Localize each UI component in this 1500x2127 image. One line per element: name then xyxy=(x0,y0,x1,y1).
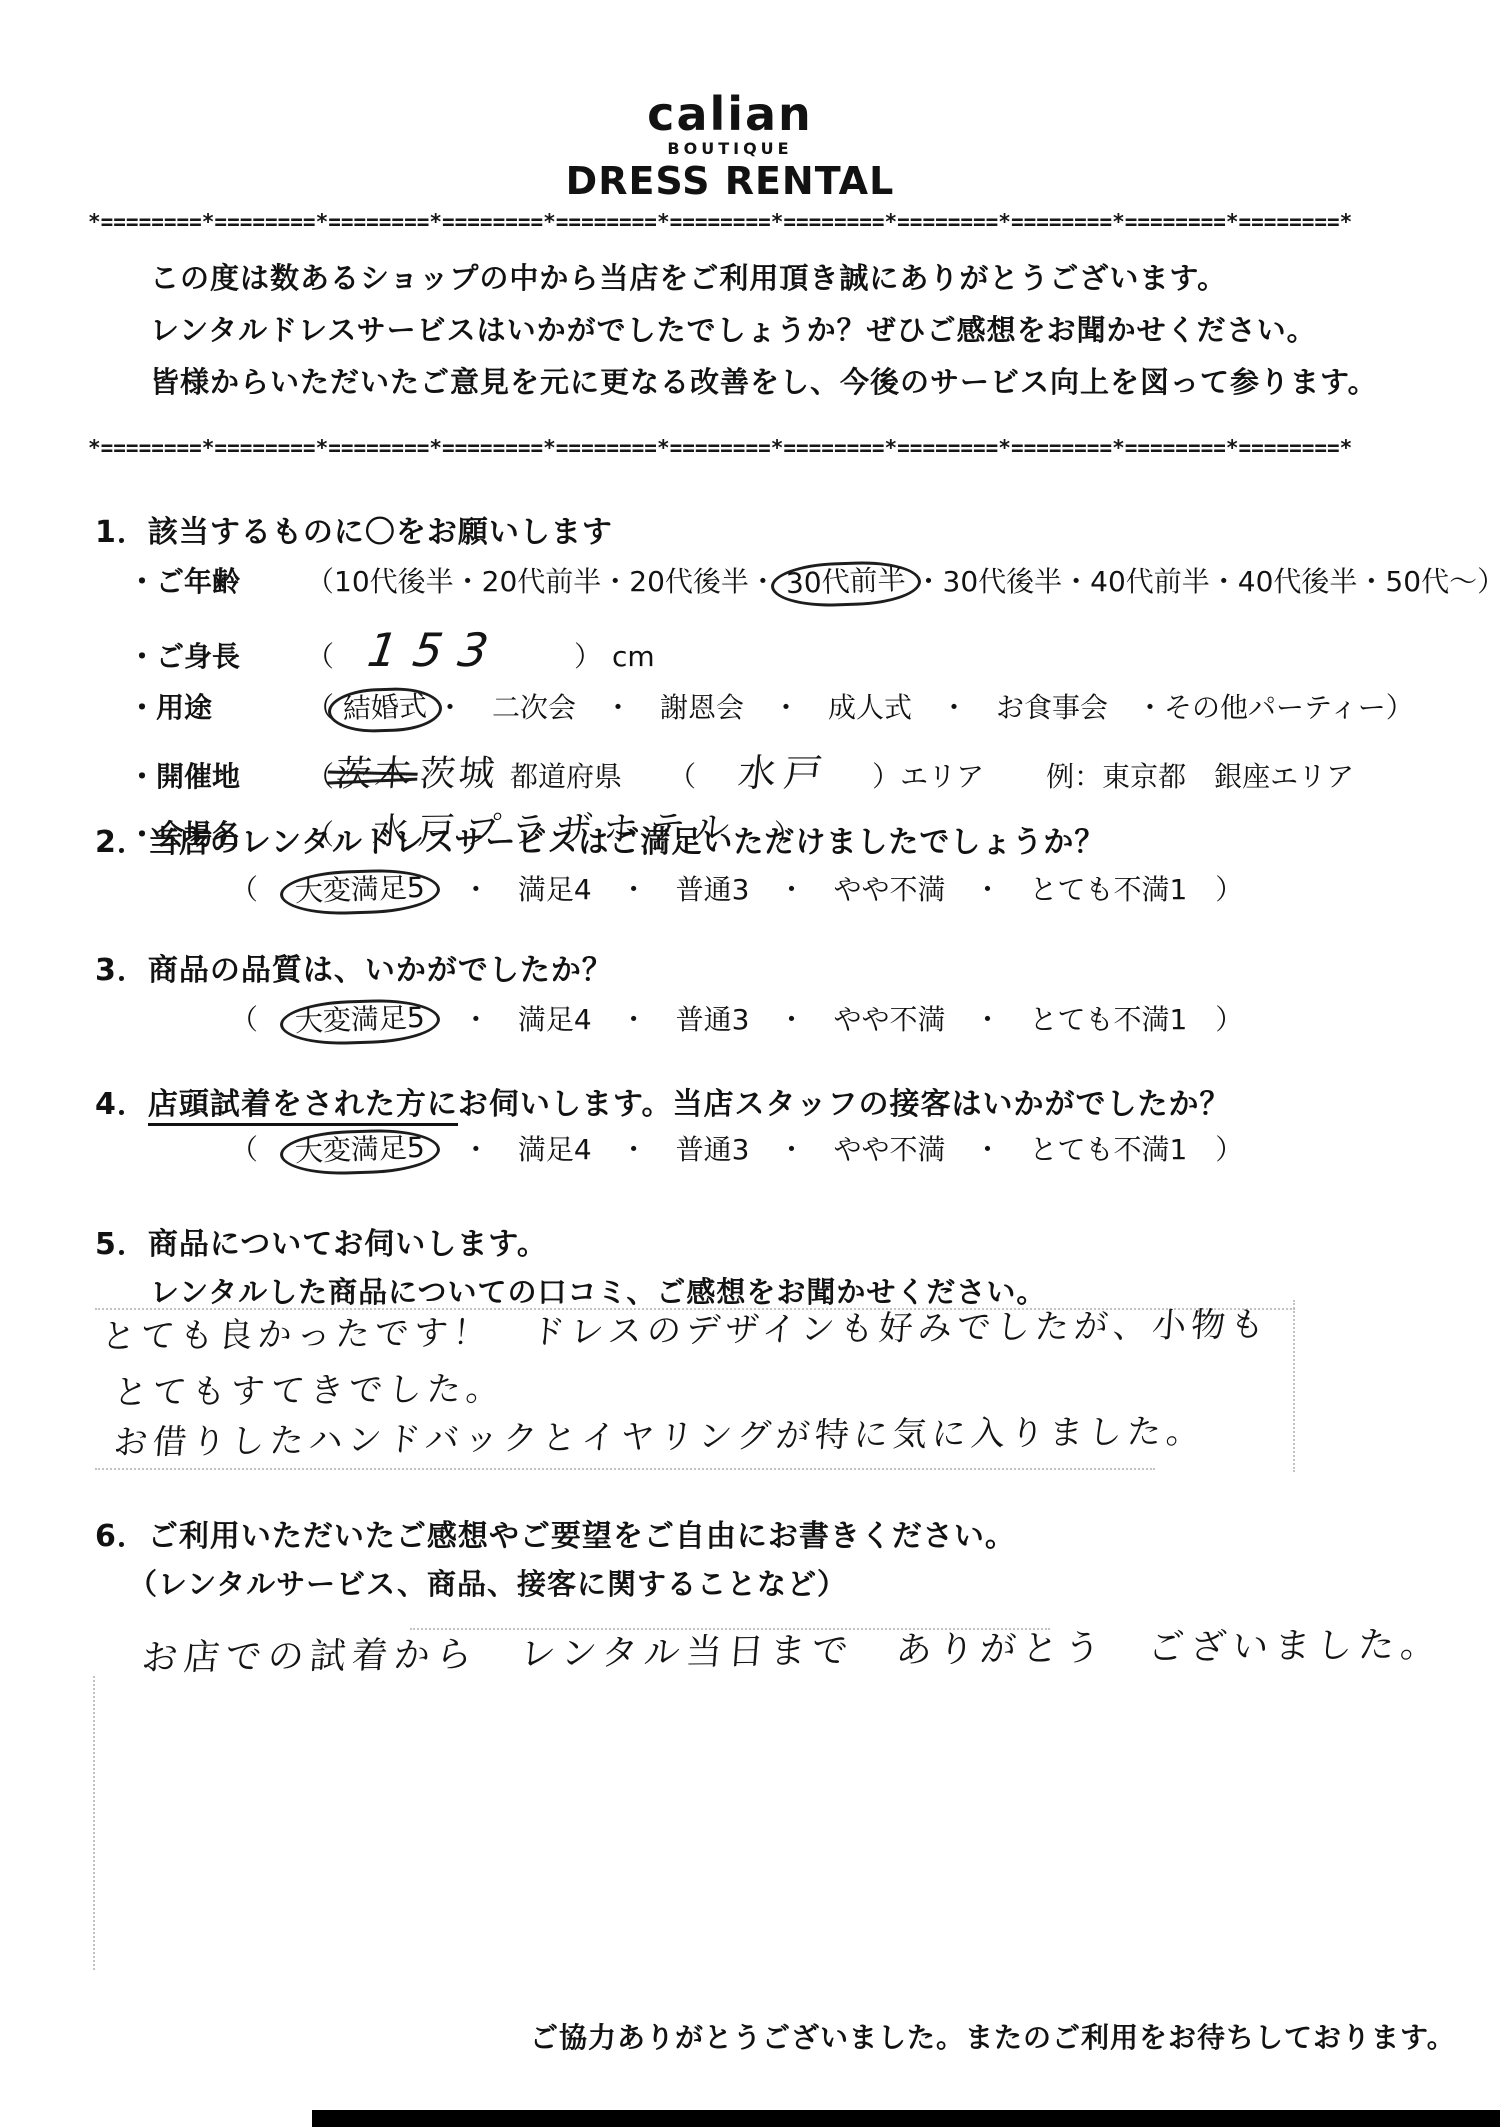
intro-line-3: 皆様からいただいたご意見を元に更なる改善をし、今後のサービス向上を図って参ります… xyxy=(150,366,1378,399)
q1-venue-area-pref-suffix: 都道府県 xyxy=(510,760,622,793)
q5-handwritten-line-3: お借りしたハンドバックとイヤリングが特に気に入りました。 xyxy=(112,1413,1207,1464)
q1-venue-area-open-paren-2: （ xyxy=(668,760,696,793)
q2-heading: 2．当店のレンタルドレスサービスはご満足いただけましたでしょうか？ xyxy=(95,826,1105,861)
q2-options-row: （ 大変満足5 ・ 満足4 ・ 普通3 ・ やや不満 ・ とても不満1 ） xyxy=(230,874,1243,908)
q1-venue-area-close-area: ）エリア xyxy=(872,760,984,793)
q6-heading: 6．ご利用いただいたご感想やご要望をご自由にお書きください。 xyxy=(95,1520,1016,1555)
q5-heading: 5．商品についてお伺いします。 xyxy=(95,1228,548,1263)
q5-handwritten-line-2: とてもすてきでした。 xyxy=(112,1370,506,1413)
q1-age-options-post: ・30代後半・40代前半・40代後半・50代～） xyxy=(915,565,1500,598)
q1-venue-area-handwritten-city: 水戸 xyxy=(694,752,875,796)
q1-venue-area-example: 例：東京都 銀座エリア xyxy=(1046,760,1354,793)
q3-circled-answer: 大変満足5 xyxy=(279,997,440,1047)
q5-subheading: レンタルした商品についての口コミ、ご感想をお聞かせください。 xyxy=(150,1276,1046,1309)
q4-options-row: （ 大変満足5 ・ 満足4 ・ 普通3 ・ やや不満 ・ とても不満1 ） xyxy=(230,1134,1243,1168)
scan-edge-artifact xyxy=(312,2110,1500,2127)
brand-subtitle-row: BOUTIQUE xyxy=(0,140,1460,158)
q1-venue-area-struck-text: 茨木 xyxy=(334,753,415,795)
separator-top: *========*========*========*========*===… xyxy=(88,210,1390,234)
q1-height-unit: cm xyxy=(612,640,655,673)
q3-open-paren: （ xyxy=(230,1003,286,1036)
q6-note: （レンタルサービス、商品、接客に関することなど） xyxy=(128,1568,847,1601)
q1-venue-area-open-paren: （ xyxy=(306,760,334,793)
q2-circled-answer: 大変満足5 xyxy=(279,867,440,917)
q1-height-label: ・ご身長 xyxy=(128,641,306,673)
q4-open-paren: （ xyxy=(230,1133,286,1166)
brand-name: calian xyxy=(647,87,813,141)
separator-mid: *========*========*========*========*===… xyxy=(88,436,1390,460)
q1-age-label: ・ご年齢 xyxy=(128,566,306,598)
q1-age-circled-answer: 30代前半 xyxy=(770,559,921,608)
q1-height-handwritten-value: 153 xyxy=(330,624,577,677)
brand-logo: calian xyxy=(0,88,1460,141)
dotted-guide-line xyxy=(95,1468,1155,1470)
brand-subtitle: BOUTIQUE xyxy=(667,139,792,158)
q4-heading-rest: お伺いします。当店スタッフの接客はいかがでしたか？ xyxy=(458,1087,1231,1122)
q4-heading-number: 4． xyxy=(95,1087,148,1122)
q2-options-rest: ・ 満足4 ・ 普通3 ・ やや不満 ・ とても不満1 ） xyxy=(434,873,1243,906)
q1-height-open-paren: （ xyxy=(306,640,334,673)
q1-purpose-circled-answer: 結婚式 xyxy=(327,686,442,734)
q1-purpose-label: ・用途 xyxy=(128,692,306,724)
q3-options-rest: ・ 満足4 ・ 普通3 ・ やや不満 ・ とても不満1 ） xyxy=(434,1003,1243,1036)
q2-open-paren: （ xyxy=(230,873,286,906)
q6-handwritten-answer: お店での試着から レンタル当日まで ありがとう ございました。 xyxy=(140,1624,1444,1679)
footer-thanks: ご協力ありがとうございました。またのご利用をお待ちしております。 xyxy=(530,2022,1456,2054)
q5-handwritten-line-1: とても良かったです！ ドレスのデザインも好みでしたが、小物も xyxy=(100,1306,1271,1357)
q4-heading-underlined: 店頭試着をされた方に xyxy=(148,1087,458,1126)
q1-venue-area-row: ・開催地（茨木茨城都道府県（水戸）エリア例：東京都 銀座エリア xyxy=(128,752,1354,796)
q1-venue-area-handwritten-pref: 茨城 xyxy=(418,753,499,795)
q1-height-close-paren: ） xyxy=(574,640,602,673)
intro-line-2: レンタルドレスサービスはいかがでしたでしょうか？ぜひご感想をお聞かせください。 xyxy=(150,314,1317,347)
q1-purpose-options-post: ・ 二次会 ・ 謝恩会 ・ 成人式 ・ お食事会 ・その他パーティー） xyxy=(436,691,1414,724)
q1-height-row: ・ご身長（153）cm xyxy=(128,624,655,677)
q4-circled-answer: 大変満足5 xyxy=(279,1127,440,1177)
document-title-row: DRESS RENTAL xyxy=(0,160,1460,204)
q3-heading: 3．商品の品質は、いかがでしたか？ xyxy=(95,954,613,989)
q1-age-row: ・ご年齢（10代後半・20代前半・20代後半・30代前半・30代後半・40代前半… xyxy=(128,566,1500,600)
q1-purpose-row: ・用途（結婚式・ 二次会 ・ 謝恩会 ・ 成人式 ・ お食事会 ・その他パーティ… xyxy=(128,692,1414,726)
questionnaire-page: calian BOUTIQUE DRESS RENTAL *========*=… xyxy=(0,0,1500,2127)
q1-heading: 1．該当するものに〇をお願いします xyxy=(95,516,613,551)
dotted-guide-line xyxy=(1293,1300,1295,1472)
q1-age-open-paren: （ xyxy=(306,565,334,598)
q1-venue-area-label: ・開催地 xyxy=(128,761,306,793)
q3-options-row: （ 大変満足5 ・ 満足4 ・ 普通3 ・ やや不満 ・ とても不満1 ） xyxy=(230,1004,1243,1038)
q4-heading: 4．店頭試着をされた方にお伺いします。当店スタッフの接客はいかがでしたか？ xyxy=(95,1088,1230,1123)
q1-age-options-pre: 10代後半・20代前半・20代後半・ xyxy=(334,565,777,598)
document-title: DRESS RENTAL xyxy=(566,159,895,203)
dotted-guide-line xyxy=(93,1676,95,1970)
intro-line-1: この度は数あるショップの中から当店をご利用頂き誠にありがとうございます。 xyxy=(150,262,1227,295)
q4-options-rest: ・ 満足4 ・ 普通3 ・ やや不満 ・ とても不満1 ） xyxy=(434,1133,1243,1166)
